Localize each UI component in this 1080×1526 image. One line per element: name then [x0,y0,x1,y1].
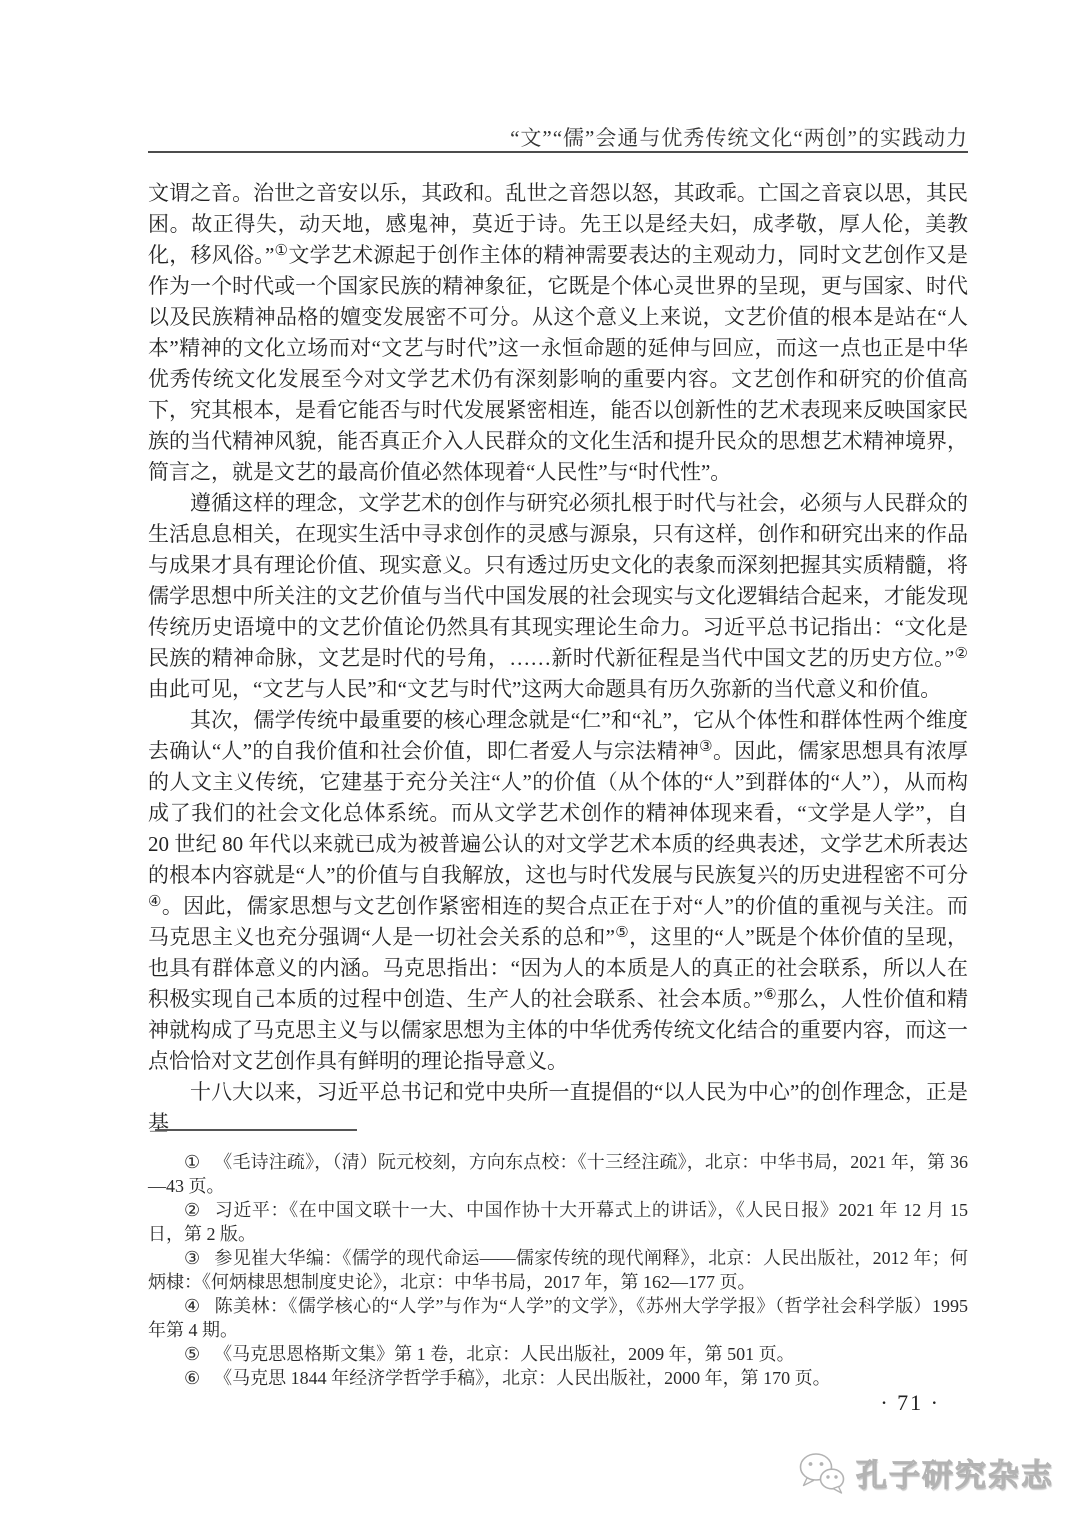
body-paragraph: 遵循这样的理念，文学艺术的创作与研究必须扎根于时代与社会，必须与人民群众的生活息… [148,488,968,705]
wechat-icon [798,1452,846,1494]
body-paragraph: 其次，儒学传统中最重要的核心理念就是“仁”和“礼”，它从个体性和群体性两个维度去… [148,705,968,1077]
footnote-item: ③参见崔大华编：《儒学的现代命运——儒家传统的现代阐释》，北京：人民出版社，20… [148,1246,968,1294]
footnote-item: ⑥《马克思 1844 年经济学哲学手稿》，北京：人民出版社，2000 年，第 1… [148,1366,968,1390]
footnote-text: 习近平：《在中国文联十一大、中国作协十大开幕式上的讲话》，《人民日报》2021 … [148,1200,968,1244]
watermark-label: 孔子研究杂志 [856,1450,1054,1495]
footnote-marker: ⑤ [184,1344,200,1364]
footnote-item: ①《毛诗注疏》，（清）阮元校刻，方向东点校：《十三经注疏》，北京：中华书局，20… [148,1150,968,1198]
footnote-marker: ③ [184,1248,200,1268]
body-paragraph: 文谓之音。治世之音安以乐，其政和。乱世之音怨以怒，其政乖。亡国之音哀以思，其民困… [148,178,968,488]
journal-watermark: 孔子研究杂志 [798,1450,1054,1495]
footnote-item: ④陈美林：《儒学核心的“人学”与作为“人学”的文学》，《苏州大学学报》（哲学社会… [148,1294,968,1342]
footnote-text: 参见崔大华编：《儒学的现代命运——儒家传统的现代阐释》，北京：人民出版社，201… [148,1248,968,1292]
footnotes: ①《毛诗注疏》，（清）阮元校刻，方向东点校：《十三经注疏》，北京：中华书局，20… [148,1150,968,1390]
footnote-text: 《毛诗注疏》，（清）阮元校刻，方向东点校：《十三经注疏》，北京：中华书局，202… [148,1152,968,1196]
running-head-title: “文”“儒”会通与优秀传统文化“两创”的实践动力 [148,122,968,152]
footnote-marker: ④ [184,1296,201,1316]
journal-page: “文”“儒”会通与优秀传统文化“两创”的实践动力 文谓之音。治世之音安以乐，其政… [0,0,1080,1526]
footnote-item: ⑤《马克思恩格斯文集》第 1 卷，北京：人民出版社，2009 年，第 501 页… [148,1342,968,1366]
footnote-marker: ② [184,1200,201,1220]
header-rule [148,151,968,153]
footnote-item: ②习近平：《在中国文联十一大、中国作协十大开幕式上的讲话》，《人民日报》2021… [148,1198,968,1246]
article-body: 文谓之音。治世之音安以乐，其政和。乱世之音怨以怒，其政乖。亡国之音哀以思，其民困… [148,178,968,1139]
footnote-marker: ⑥ [184,1368,200,1388]
footnote-text: 《马克思恩格斯文集》第 1 卷，北京：人民出版社，2009 年，第 501 页。 [214,1344,795,1364]
footnote-separator-rule [155,1129,357,1131]
footnote-text: 《马克思 1844 年经济学哲学手稿》，北京：人民出版社，2000 年，第 17… [214,1368,831,1388]
footnote-text: 陈美林：《儒学核心的“人学”与作为“人学”的文学》，《苏州大学学报》（哲学社会科… [148,1296,968,1340]
footnote-marker: ① [184,1152,200,1172]
page-number: · 71 · [148,1390,968,1416]
